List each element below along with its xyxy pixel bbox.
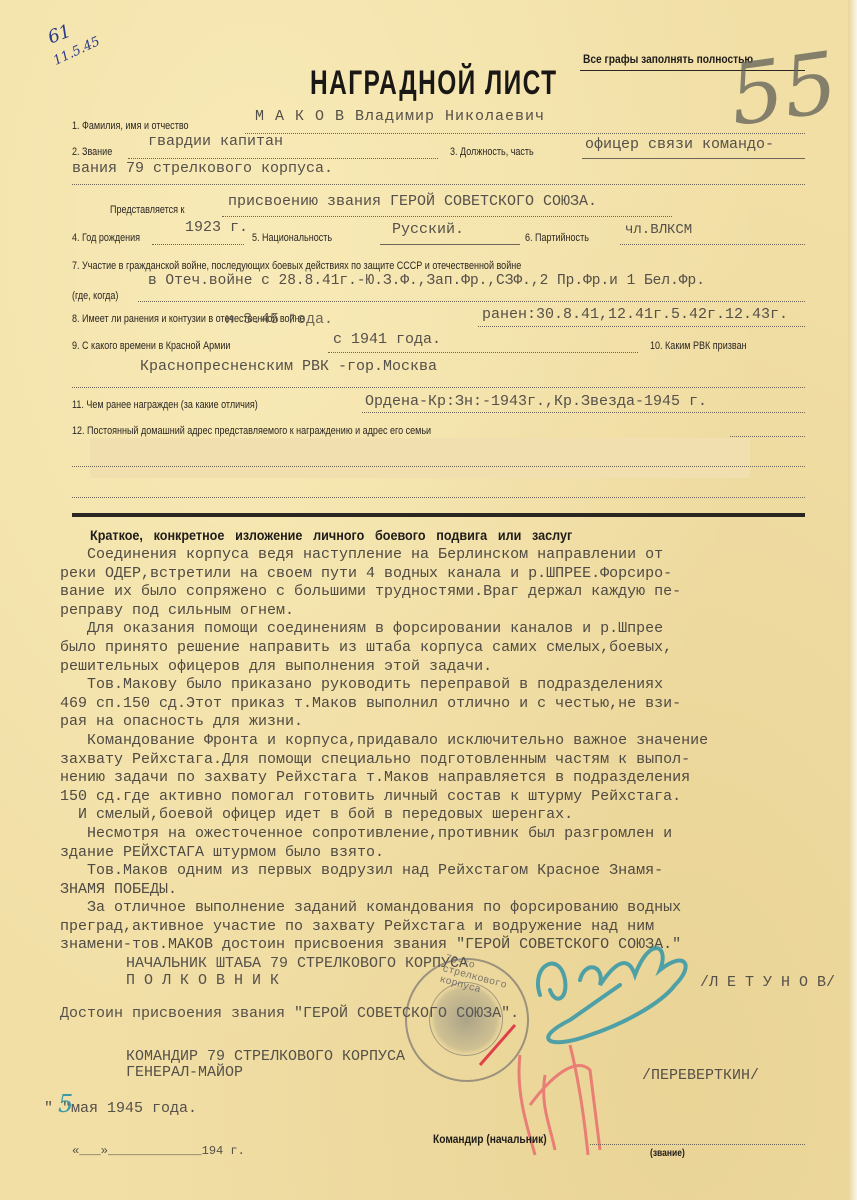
field-1-line-2 bbox=[490, 133, 805, 134]
field-4-value: 1923 г. bbox=[185, 219, 248, 236]
commander-title: КОМАНДИР 79 СТРЕЛКОВОГО КОРПУСА bbox=[126, 1048, 405, 1065]
narrative-line: Для оказания помощи соединениям в форсир… bbox=[60, 620, 708, 639]
field-9-line bbox=[328, 352, 638, 353]
field-10-value: Краснопресненским РВК -гор.Москва bbox=[140, 358, 437, 375]
presented-label: Представляется к bbox=[110, 204, 184, 216]
field-4-label: 4. Год рождения bbox=[72, 232, 140, 244]
narrative-line: 469 сп.150 сд.Этот приказ т.Маков выполн… bbox=[60, 695, 708, 714]
field-6-value: чл.ВЛКСМ bbox=[625, 222, 692, 238]
field-4-line bbox=[152, 244, 244, 245]
narrative-line: захвату Рейхстага.Для помощи специально … bbox=[60, 751, 708, 770]
narrative-line: Командование Фронта и корпуса,придавало … bbox=[60, 732, 708, 751]
narrative-line: За отличное выполнение заданий командова… bbox=[60, 899, 708, 918]
field-6-line bbox=[620, 244, 805, 245]
section-divider bbox=[72, 513, 805, 517]
field-12-label: 12. Постоянный домашний адрес представля… bbox=[72, 425, 431, 437]
field-8-value: ранен:30.8.41,12.41г.5.42г.12.43г. bbox=[482, 306, 788, 323]
narrative-line: было принято решение направить из штаба … bbox=[60, 639, 708, 658]
commander-rank: ГЕНЕРАЛ-МАЙОР bbox=[126, 1064, 243, 1081]
page-title: НАГРАДНОЙ ЛИСТ bbox=[310, 64, 558, 103]
field-7-label: 7. Участие в гражданской войне, последую… bbox=[72, 260, 521, 272]
field-11-line bbox=[362, 412, 805, 413]
chief-of-staff-title: НАЧАЛЬНИК ШТАБА 79 СТРЕЛКОВОГО КОРПУСА bbox=[126, 955, 468, 972]
field-9-label: 9. С какого времени в Красной Армии bbox=[72, 340, 230, 352]
field-12-line-3 bbox=[72, 497, 805, 498]
award-sheet-page: 61 11.5.45 Все графы заполнять полностью… bbox=[0, 0, 857, 1200]
address-redacted-area bbox=[90, 438, 750, 478]
page-number-handwritten: 55 bbox=[724, 33, 843, 145]
chief-of-staff-rank: П О Л К О В Н И К bbox=[126, 972, 279, 989]
field-3-value-cont: вания 79 стрелкового корпуса. bbox=[72, 160, 333, 177]
field-7-line bbox=[138, 301, 805, 302]
narrative-line: Несмотря на ожесточенное сопротивление,п… bbox=[60, 825, 708, 844]
narrative-line: рая на опасность для жизни. bbox=[60, 713, 708, 732]
narrative-text: Соединения корпуса ведя наступление на Б… bbox=[60, 546, 708, 955]
narrative-line: здание РЕЙХСТАГА штурмом было взято. bbox=[60, 844, 708, 863]
field-12-line-2 bbox=[72, 466, 805, 467]
narrative-line: И смелый,боевой офицер идет в бой в пере… bbox=[60, 806, 708, 825]
field-12-line bbox=[730, 436, 805, 437]
field-3-label: 3. Должность, часть bbox=[450, 146, 534, 158]
field-6-label: 6. Партийность bbox=[525, 232, 589, 244]
narrative-line: вание их было сопряжено с большими трудн… bbox=[60, 583, 708, 602]
archive-note-number: 61 bbox=[45, 21, 74, 49]
field-10-label: 10. Каким РВК призван bbox=[650, 340, 747, 352]
field-7-value: в Отеч.войне с 28.8.41г.-Ю.З.Ф.,Зап.Фр.,… bbox=[148, 273, 705, 289]
footer-commander-line bbox=[590, 1144, 805, 1145]
field-8-value-cont: и 3.45 года. bbox=[225, 311, 333, 328]
narrative-line: решительных офицеров для выполнения этой… bbox=[60, 658, 708, 677]
field-10-line bbox=[72, 387, 805, 388]
field-1-value: М А К О В Владимир Николаевич bbox=[255, 108, 545, 125]
field-2-label: 2. Звание bbox=[72, 146, 112, 158]
footer-rank-label: (звание) bbox=[650, 1148, 685, 1159]
field-3-line-2 bbox=[72, 184, 805, 185]
field-5-line bbox=[380, 244, 520, 245]
field-3-value: офицер связи командо- bbox=[585, 136, 774, 153]
field-7-label-cont: (где, когда) bbox=[72, 290, 118, 302]
blank-date-field: «___»_____________194 г. bbox=[72, 1144, 245, 1158]
field-8-line bbox=[478, 326, 805, 327]
field-2-value: гвардии капитан bbox=[148, 133, 283, 150]
presented-line bbox=[222, 216, 672, 217]
narrative-heading: Краткое, конкретное изложение личного бо… bbox=[90, 527, 572, 543]
field-5-value: Русский. bbox=[392, 221, 464, 238]
field-1-label: 1. Фамилия, имя и отчество bbox=[72, 120, 189, 132]
narrative-line: ЗНАМЯ ПОБЕДЫ. bbox=[60, 881, 708, 900]
narrative-line: Соединения корпуса ведя наступление на Б… bbox=[60, 546, 708, 565]
narrative-line: нению задачи по захвату Рейхстага т.Мако… bbox=[60, 769, 708, 788]
field-11-label: 11. Чем ранее награжден (за какие отличи… bbox=[72, 399, 258, 411]
footer-commander-label: Командир (начальник) bbox=[433, 1132, 547, 1146]
paper-edge bbox=[848, 0, 857, 1200]
field-2-line bbox=[128, 158, 438, 159]
field-3-line bbox=[582, 158, 805, 159]
narrative-line: Тов.Маков одним из первых водрузил над Р… bbox=[60, 862, 708, 881]
field-9-value: с 1941 года. bbox=[333, 331, 441, 348]
field-11-value: Ордена-Кр:Зн:-1943г.,Кр.Звезда-1945 г. bbox=[365, 393, 707, 410]
narrative-line: реки ОДЕР,встретили на своем пути 4 водн… bbox=[60, 565, 708, 584]
date-day-handwritten: 5 bbox=[58, 1090, 73, 1118]
presented-value: присвоению звания ГЕРОЙ СОВЕТСКОГО СОЮЗА… bbox=[228, 193, 597, 210]
field-5-label: 5. Национальность bbox=[252, 232, 332, 244]
narrative-line: 150 сд.где активно помогал готовить личн… bbox=[60, 788, 708, 807]
narrative-line: реправу под сильным огнем. bbox=[60, 602, 708, 621]
narrative-line: Тов.Макову было приказано руководить пер… bbox=[60, 676, 708, 695]
